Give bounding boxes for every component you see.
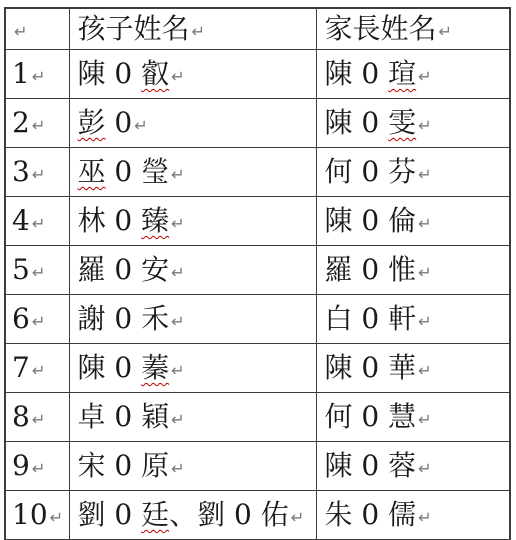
name-text: 陳 0 倫: [325, 204, 417, 237]
name-text: 陳 0 華: [325, 351, 417, 384]
paragraph-mark-icon: ↵: [134, 116, 148, 135]
child-name-cell[interactable]: 林 0 臻↵: [69, 197, 316, 246]
name-text: 0: [106, 106, 133, 139]
paragraph-mark-icon: ↵: [32, 459, 46, 478]
row-number: 7: [12, 351, 30, 384]
table-body: ↵孩子姓名↵家長姓名↵1↵陳 0 叡↵陳 0 瑄↵2↵彭 0↵陳 0 雯↵3↵巫…: [5, 8, 510, 540]
misspelled-text: 瑄: [388, 57, 416, 90]
header-row: ↵孩子姓名↵家長姓名↵: [5, 8, 510, 50]
paragraph-mark-icon: ↵: [291, 508, 305, 527]
child-name-cell[interactable]: 羅 0 安↵: [69, 246, 316, 295]
parent-name-cell[interactable]: 陳 0 蓉↵: [316, 442, 510, 491]
name-text: 、劉 0 佑: [169, 498, 289, 531]
name-text: 朱 0 儒: [325, 498, 417, 531]
misspelled-text: 叡: [141, 57, 169, 90]
name-text: 0 瑩: [106, 155, 170, 188]
row-number-cell[interactable]: 7↵: [5, 344, 69, 393]
paragraph-mark-icon: ↵: [171, 410, 185, 429]
paragraph-mark-icon: ↵: [32, 263, 46, 282]
row-number: 6: [12, 302, 30, 335]
header-parent-name-cell[interactable]: 家長姓名↵: [316, 8, 510, 50]
paragraph-mark-icon: ↵: [418, 410, 432, 429]
name-text: 家長姓名: [325, 12, 437, 45]
name-text: 陳 0: [325, 106, 389, 139]
name-text: 謝 0 禾: [78, 302, 170, 335]
row-number-cell[interactable]: 6↵: [5, 295, 69, 344]
name-text: 劉 0: [78, 498, 142, 531]
table-row: 8↵卓 0 穎↵何 0 慧↵: [5, 393, 510, 442]
parent-name-cell[interactable]: 羅 0 惟↵: [316, 246, 510, 295]
row-number-cell[interactable]: 1↵: [5, 50, 69, 99]
row-number-cell[interactable]: 3↵: [5, 148, 69, 197]
name-text: 卓 0 穎: [78, 400, 170, 433]
name-text: 羅 0 安: [78, 253, 170, 286]
name-text: 白 0 軒: [325, 302, 417, 335]
name-text: 陳 0: [78, 351, 142, 384]
paragraph-mark-icon: ↵: [418, 165, 432, 184]
table-row: 1↵陳 0 叡↵陳 0 瑄↵: [5, 50, 510, 99]
paragraph-mark-icon: ↵: [50, 508, 64, 527]
parent-name-cell[interactable]: 朱 0 儒↵: [316, 491, 510, 540]
name-text: 孩子姓名: [78, 12, 190, 45]
paragraph-mark-icon: ↵: [418, 67, 432, 86]
child-name-cell[interactable]: 彭 0↵: [69, 99, 316, 148]
header-empty-cell[interactable]: ↵: [5, 8, 69, 50]
row-number: 5: [12, 253, 30, 286]
table-row: 9↵宋 0 原↵陳 0 蓉↵: [5, 442, 510, 491]
name-text: 何 0 慧: [325, 400, 417, 433]
parent-name-cell[interactable]: 陳 0 瑄↵: [316, 50, 510, 99]
paragraph-mark-icon: ↵: [418, 312, 432, 331]
child-name-cell[interactable]: 巫 0 瑩↵: [69, 148, 316, 197]
name-text: 羅 0 惟: [325, 253, 417, 286]
name-text: 宋 0 原: [78, 449, 170, 482]
name-text: 何 0 芬: [325, 155, 417, 188]
row-number-cell[interactable]: 4↵: [5, 197, 69, 246]
parent-name-cell[interactable]: 白 0 軒↵: [316, 295, 510, 344]
parent-name-cell[interactable]: 何 0 芬↵: [316, 148, 510, 197]
parent-name-cell[interactable]: 陳 0 華↵: [316, 344, 510, 393]
name-text: 陳 0: [325, 57, 389, 90]
paragraph-mark-icon: ↵: [418, 508, 432, 527]
misspelled-text: 蓁: [141, 351, 169, 384]
child-name-cell[interactable]: 陳 0 叡↵: [69, 50, 316, 99]
table-row: 6↵謝 0 禾↵白 0 軒↵: [5, 295, 510, 344]
paragraph-mark-icon: ↵: [171, 459, 185, 478]
paragraph-mark-icon: ↵: [32, 361, 46, 380]
row-number: 2: [12, 106, 30, 139]
paragraph-mark-icon: ↵: [32, 312, 46, 331]
row-number-cell[interactable]: 8↵: [5, 393, 69, 442]
paragraph-mark-icon: ↵: [418, 459, 432, 478]
paragraph-mark-icon: ↵: [171, 214, 185, 233]
paragraph-mark-icon: ↵: [32, 214, 46, 233]
child-name-cell[interactable]: 宋 0 原↵: [69, 442, 316, 491]
row-number: 4: [12, 204, 30, 237]
name-text: 陳 0 蓉: [325, 449, 417, 482]
paragraph-mark-icon: ↵: [32, 410, 46, 429]
table-row: 10↵劉 0 廷、劉 0 佑↵朱 0 儒↵: [5, 491, 510, 540]
row-number: 8: [12, 400, 30, 433]
paragraph-mark-icon: ↵: [418, 361, 432, 380]
row-number: 10: [12, 498, 48, 531]
paragraph-mark-icon: ↵: [32, 67, 46, 86]
paragraph-mark-icon: ↵: [171, 312, 185, 331]
row-number-cell[interactable]: 9↵: [5, 442, 69, 491]
child-name-cell[interactable]: 謝 0 禾↵: [69, 295, 316, 344]
row-number: 9: [12, 449, 30, 482]
row-number-cell[interactable]: 5↵: [5, 246, 69, 295]
table-row: 5↵羅 0 安↵羅 0 惟↵: [5, 246, 510, 295]
paragraph-mark-icon: ↵: [418, 116, 432, 135]
name-text: 陳 0: [78, 57, 142, 90]
paragraph-mark-icon: ↵: [171, 263, 185, 282]
table-row: 3↵巫 0 瑩↵何 0 芬↵: [5, 148, 510, 197]
paragraph-mark-icon: ↵: [14, 22, 28, 41]
table-row: 7↵陳 0 蓁↵陳 0 華↵: [5, 344, 510, 393]
paragraph-mark-icon: ↵: [439, 22, 453, 41]
misspelled-text: 雯: [388, 106, 416, 139]
table-row: 2↵彭 0↵陳 0 雯↵: [5, 99, 510, 148]
header-child-name-cell[interactable]: 孩子姓名↵: [69, 8, 316, 50]
child-name-cell[interactable]: 陳 0 蓁↵: [69, 344, 316, 393]
paragraph-mark-icon: ↵: [32, 165, 46, 184]
parent-name-cell[interactable]: 陳 0 雯↵: [316, 99, 510, 148]
child-name-cell[interactable]: 劉 0 廷、劉 0 佑↵: [69, 491, 316, 540]
misspelled-text: 巫: [78, 155, 106, 188]
paragraph-mark-icon: ↵: [418, 214, 432, 233]
misspelled-text: 彭: [78, 106, 106, 139]
paragraph-mark-icon: ↵: [418, 263, 432, 282]
parent-name-cell[interactable]: 何 0 慧↵: [316, 393, 510, 442]
misspelled-text: 臻: [141, 204, 169, 237]
parent-name-cell[interactable]: 陳 0 倫↵: [316, 197, 510, 246]
paragraph-mark-icon: ↵: [32, 116, 46, 135]
misspelled-text: 廷: [141, 498, 169, 531]
row-number: 1: [12, 57, 30, 90]
paragraph-mark-icon: ↵: [171, 67, 185, 86]
paragraph-mark-icon: ↵: [192, 22, 206, 41]
row-number: 3: [12, 155, 30, 188]
child-name-cell[interactable]: 卓 0 穎↵: [69, 393, 316, 442]
name-roster-table: ↵孩子姓名↵家長姓名↵1↵陳 0 叡↵陳 0 瑄↵2↵彭 0↵陳 0 雯↵3↵巫…: [4, 7, 511, 540]
paragraph-mark-icon: ↵: [171, 165, 185, 184]
name-text: 林 0: [78, 204, 142, 237]
row-number-cell[interactable]: 10↵: [5, 491, 69, 540]
paragraph-mark-icon: ↵: [171, 361, 185, 380]
row-number-cell[interactable]: 2↵: [5, 99, 69, 148]
table-row: 4↵林 0 臻↵陳 0 倫↵: [5, 197, 510, 246]
